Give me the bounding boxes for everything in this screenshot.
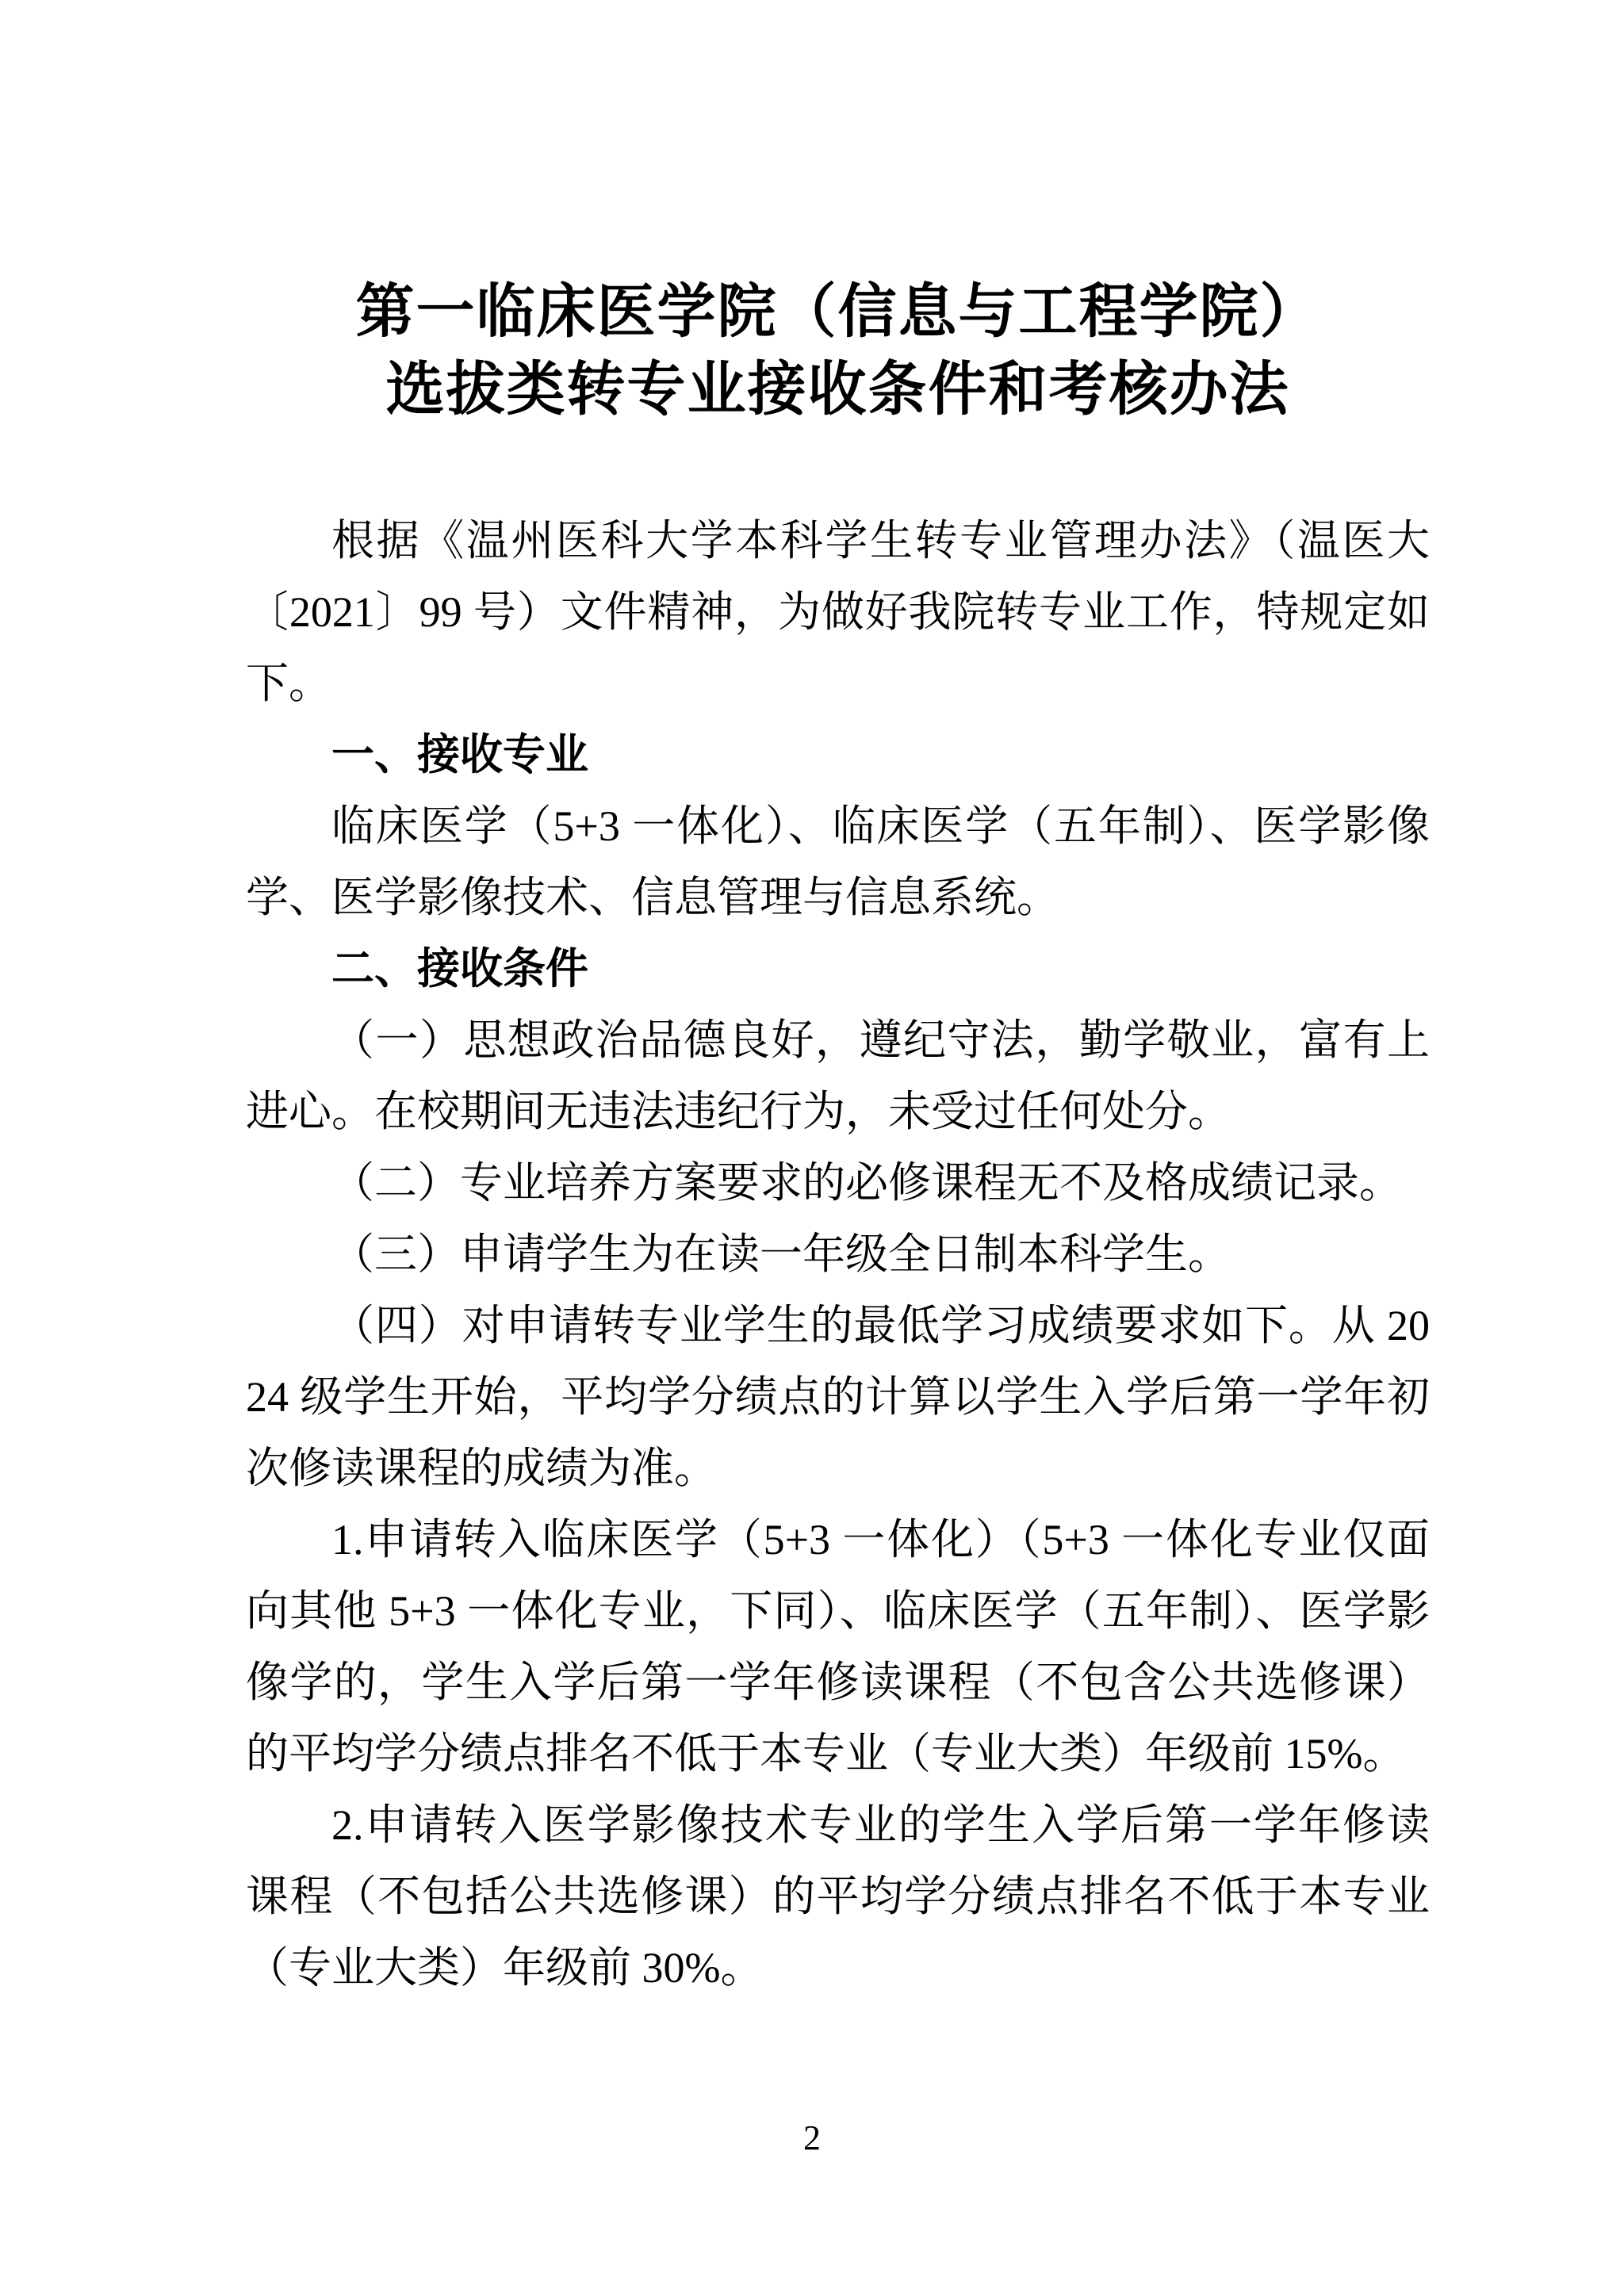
- document-content: 第一临床医学院（信息与工程学院） 选拔类转专业接收条件和考核办法 根据《温州医科…: [0, 0, 1624, 2003]
- document-title-line-2: 选拔类转专业接收条件和考核办法: [246, 351, 1430, 429]
- section-heading-accept-majors: 一、接收专业: [246, 719, 1430, 790]
- page-number: 2: [0, 2118, 1624, 2158]
- document-page: 第一临床医学院（信息与工程学院） 选拔类转专业接收条件和考核办法 根据《温州医科…: [0, 0, 1624, 2296]
- paragraph-gpa-rule-1: 1.申请转入临床医学（5+3 一体化）（5+3 一体化专业仅面向其他 5+3 一…: [246, 1504, 1430, 1789]
- document-title-line-1: 第一临床医学院（信息与工程学院）: [246, 274, 1430, 351]
- paragraph-criterion-1: （一）思想政治品德良好，遵纪守法，勤学敬业，富有上进心。在校期间无违法违纪行为，…: [246, 1004, 1430, 1147]
- document-title: 第一临床医学院（信息与工程学院） 选拔类转专业接收条件和考核办法: [246, 274, 1430, 429]
- paragraph-gpa-rule-2: 2.申请转入医学影像技术专业的学生入学后第一学年修读课程（不包括公共选修课）的平…: [246, 1789, 1430, 2003]
- paragraph-criterion-2: （二）专业培养方案要求的必修课程无不及格成绩记录。: [246, 1147, 1430, 1219]
- paragraph-criterion-3: （三）申请学生为在读一年级全日制本科学生。: [246, 1219, 1430, 1290]
- paragraph-criterion-4: （四）对申请转专业学生的最低学习成绩要求如下。从 2024 级学生开始，平均学分…: [246, 1290, 1430, 1504]
- paragraph-accept-majors-list: 临床医学（5+3 一体化）、临床医学（五年制）、医学影像学、医学影像技术、信息管…: [246, 790, 1430, 933]
- paragraph-intro: 根据《温州医科大学本科学生转专业管理办法》（温医大〔2021〕99 号）文件精神…: [246, 505, 1430, 719]
- section-heading-accept-criteria: 二、接收条件: [246, 933, 1430, 1004]
